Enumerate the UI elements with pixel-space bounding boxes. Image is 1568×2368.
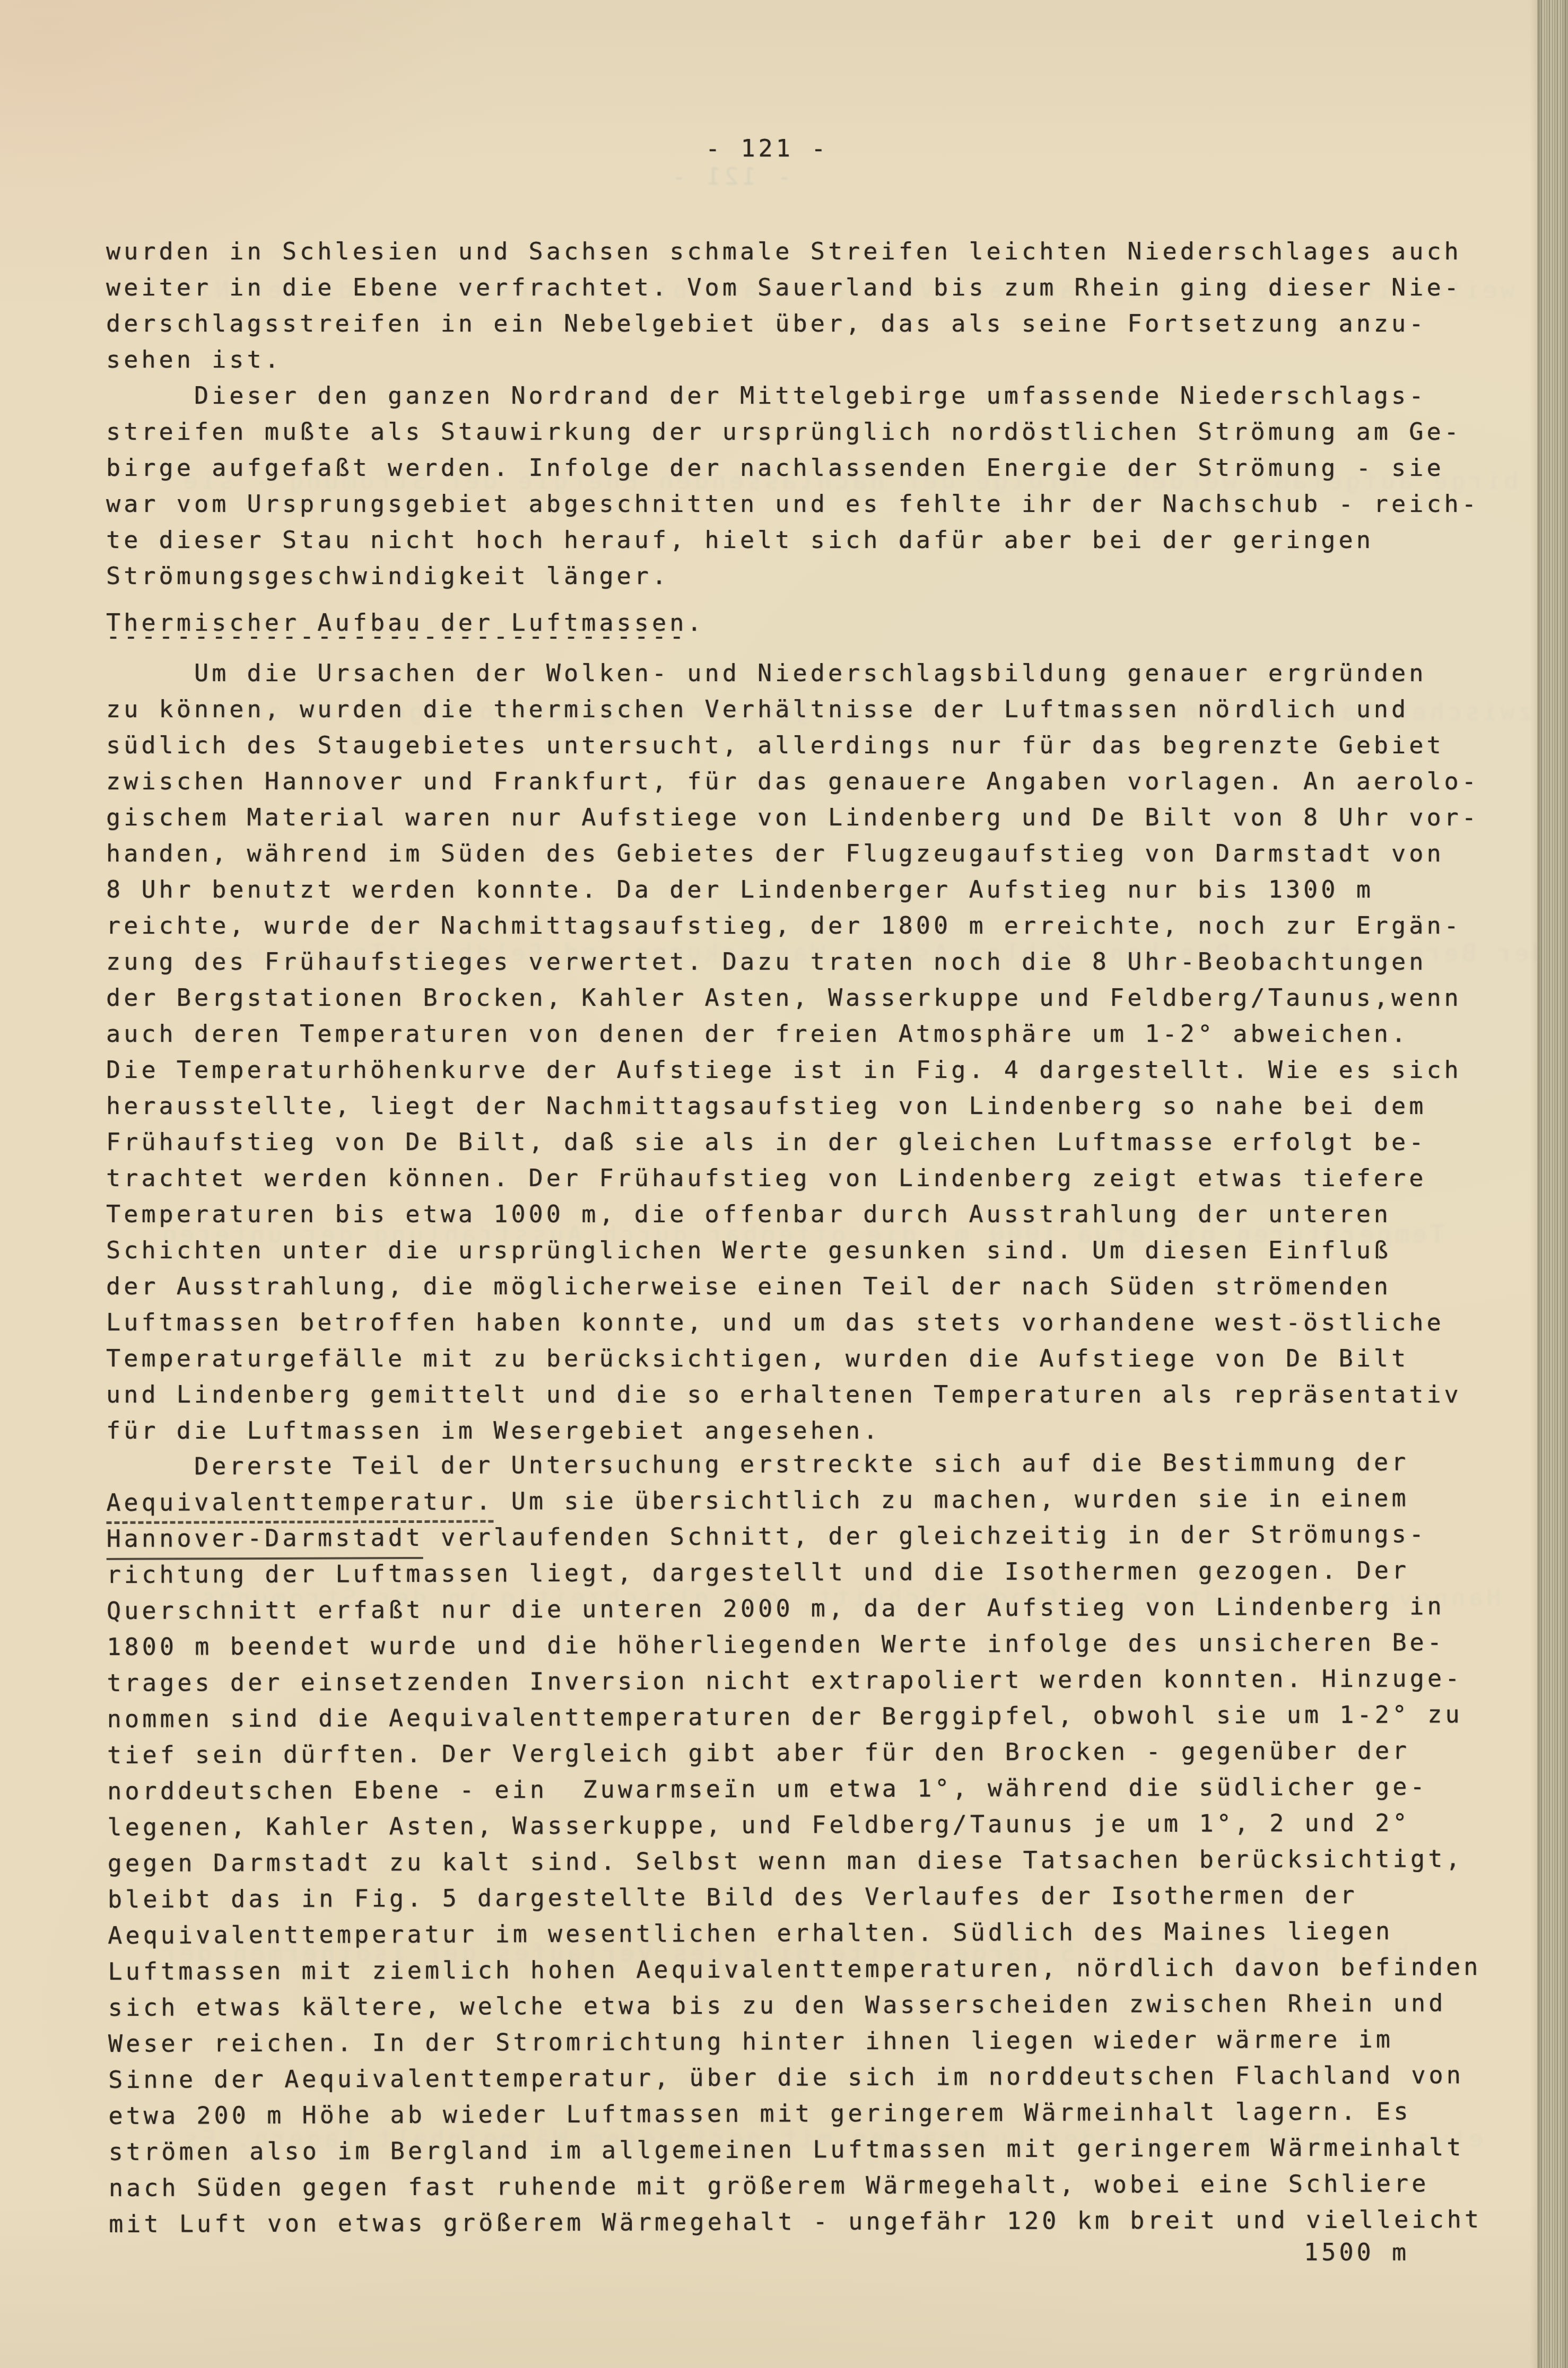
paragraph-continuation: wurden in Schlesien und Sachsen schmale … (106, 233, 1462, 378)
bleedthrough-text: der Bergstationen Brocken, Kahler Asten,… (191, 939, 1547, 967)
text-line: der Ausstrahlung, die möglicherweise ein… (106, 1268, 1479, 1304)
bleedthrough-text: bleibt das in Fig. 5 dargestellte Bild d… (159, 1939, 1409, 1967)
bleedthrough-text: Temperaturen bis etwa 1000 m, die offenb… (159, 1220, 1444, 1248)
paragraph: Dererste Teil der Untersuchung erstreckt… (106, 1444, 1482, 2242)
text-line: für die Luftmassen im Wesergebiet angese… (106, 1413, 1479, 1449)
text-line: handen, während im Süden des Gebietes de… (106, 835, 1479, 872)
underlined-term: Aequivalenttemperatur. (106, 1483, 493, 1524)
text-line: tief sein dürften. Der Vergleich gibt ab… (107, 1733, 1480, 1773)
text-line: Die Temperaturhöhenkurve der Aufstiege i… (106, 1052, 1479, 1088)
text-line: Strömungsgeschwindigkeit länger. (106, 558, 1479, 594)
text-line: zwischen Hannover und Frankfurt, für das… (106, 763, 1479, 799)
scanned-page: - 121 - - 121 - wurden in Schlesien und … (0, 0, 1568, 2368)
bleedthrough-text: etwa 200 m Höhe ab wieder Luftmassen mit… (180, 2125, 1483, 2153)
underlined-term: Hannover-Darmstadt (106, 1520, 423, 1560)
text-line: Temperaturgefälle mit zu berücksichtigen… (106, 1340, 1479, 1377)
text-line: Luftmassen betroffen haben konnte, und u… (106, 1304, 1479, 1340)
text-line: herausstellte, liegt der Nachmittagsaufs… (106, 1088, 1479, 1124)
text-line: mit Luft von etwas größerem Wärmegehalt … (109, 2201, 1482, 2242)
text-line: und Lindenberg gemittelt und die so erha… (106, 1377, 1479, 1413)
text-line: trages der einsetzenden Inversion nicht … (107, 1660, 1480, 1701)
text-line: 1800 m beendet wurde und die höherliegen… (107, 1624, 1480, 1665)
text-line: norddeutschen Ebene - ein Zuwarmseïn um … (107, 1769, 1480, 1809)
height-note: 1500 m (1304, 2234, 1409, 2270)
text-line: Frühaufstieg von De Bilt, daß sie als in… (106, 1124, 1479, 1160)
text-line: 8 Uhr benutzt werden konnte. Da der Lind… (106, 872, 1479, 908)
bleedthrough-text: Hannover-Darmstadt verlaufenden Schnitt,… (180, 1583, 1501, 1612)
bleedthrough-text: weiter in die Ebene verfrachtet. Vom Sau… (159, 276, 1515, 304)
text-line: sich etwas kältere, welche etwa bis zu d… (108, 1985, 1482, 2026)
text-line: trachtet werden können. Der Frühaufstieg… (106, 1160, 1479, 1196)
text-line: Weser reichen. In der Stromrichtung hint… (108, 2021, 1482, 2062)
text-line: derschlagsstreifen in ein Nebelgebiet üb… (106, 306, 1462, 342)
bleedthrough-text: birge aufgefaßt werden. Infolge der nach… (180, 467, 1519, 495)
page-number: - 121 - (705, 130, 829, 167)
text-line: gischem Material waren nur Aufstiege von… (106, 799, 1479, 835)
text-line: südlich des Staugebietes untersucht, all… (106, 727, 1479, 763)
book-fore-edge (1537, 0, 1568, 2368)
text-line: gegen Darmstadt zu kalt sind. Selbst wen… (108, 1841, 1481, 1882)
text-line: legenen, Kahler Asten, Wasserkuppe, und … (107, 1805, 1480, 1845)
text-line: nach Süden gegen fast ruhende mit größer… (109, 2165, 1482, 2206)
text-line: te dieser Stau nicht hoch herauf, hielt … (106, 522, 1479, 558)
heading-underline: --------------------------------- (106, 618, 687, 654)
text-line: Dieser den ganzen Nordrand der Mittelgeb… (106, 378, 1479, 414)
text-line: der Bergstationen Brocken, Kahler Asten,… (106, 980, 1479, 1016)
text-line: Um die Ursachen der Wolken- und Niedersc… (106, 655, 1479, 691)
bleedthrough-text: zwischen Hannover und Frankfurt, für das… (159, 698, 1532, 726)
text-line: Hannover-Darmstadt verlaufenden Schnitt,… (106, 1516, 1479, 1557)
text-line: reichte, wurde der Nachmittagsaufstieg, … (106, 908, 1479, 944)
text-line: streifen mußte als Stauwirkung der urspr… (106, 414, 1479, 450)
text-line: sehen ist. (106, 342, 1462, 378)
text-line: Sinne der Aequivalenttemperatur, über di… (108, 2057, 1482, 2098)
text-line: auch deren Temperaturen von denen der fr… (106, 1016, 1479, 1052)
text-line: nommen sind die Aequivalenttemperaturen … (107, 1696, 1480, 1737)
text-line: wurden in Schlesien und Sachsen schmale … (106, 233, 1462, 269)
text-line: Aequivalenttemperatur. Um sie übersichtl… (106, 1480, 1479, 1521)
text-line: bleibt das in Fig. 5 dargestellte Bild d… (108, 1877, 1481, 1918)
text-line: Dererste Teil der Untersuchung erstreckt… (106, 1444, 1479, 1485)
paragraph: Um die Ursachen der Wolken- und Niedersc… (106, 655, 1479, 1449)
